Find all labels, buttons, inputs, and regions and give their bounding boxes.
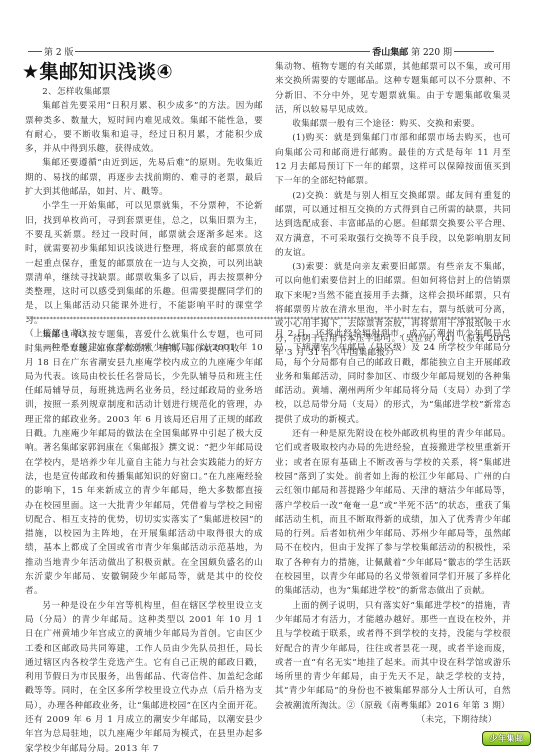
paragraph: 一种是直接建立在学校的青少年邮局。以 2001 年 10 月 18 日在广东省潮…	[25, 341, 263, 598]
publication-issue: 香山集邮 第 220 期	[370, 45, 454, 58]
article2-right-column: 月 2 日，还将此经验辐射到市，成立了潮州市少年邮局总局，下辖潮安少年邮局（县区…	[275, 327, 511, 727]
paragraph: 月 2 日，还将此经验辐射到市，成立了潮州市少年邮局总局，下辖潮安少年邮局（县区…	[275, 327, 511, 427]
paragraph: 集邮还要遵循“由近到远，先易后难”的原则。先收集近期的、易找的邮票，再逐步去找前…	[25, 156, 263, 199]
page-header: 第 2 版 香山集邮 第 220 期	[28, 44, 494, 58]
header-rule	[28, 51, 42, 52]
article-title: ★集邮知识浅谈④	[22, 60, 263, 84]
asterisk-divider: ****************************************…	[26, 316, 510, 324]
to-be-continued-note: （未完，下期待续）	[275, 713, 511, 727]
paragraph: 另一种是设在少年宫等机构里，但在辖区学校里设立支局（分局）的青少年邮局。这种类型…	[25, 599, 263, 756]
publication-name: 香山集邮	[372, 48, 408, 58]
paragraph: 集动物、植物专题的有关邮票，其他邮票可以不集，或可用来交换所需要的专题邮品。这种…	[275, 60, 511, 117]
header-rule	[75, 51, 370, 52]
continued-from-label: （上接第 1 版）	[25, 327, 263, 341]
paragraph: 收集邮票一般有三个途径：购买、交换和索要。	[275, 117, 511, 131]
edition-label: 第 2 版	[42, 45, 75, 58]
watermark-logo: 少年集邮	[482, 731, 531, 746]
paragraph: 上面的例子说明，只有落实好“集邮进学校”的措施，青少年邮局才有活力，才能越办越好…	[275, 599, 511, 713]
paragraph: (1)购买：就是到集邮门市部和邮票市场去购买，也可向集邮公司和邮商进行邮购。最佳…	[275, 131, 511, 188]
paragraph: (2)交换：就是与别人相互交换邮票。邮友间有重复的邮票，可以通过相互交换的方式得…	[275, 189, 511, 260]
article1-left-column: ★集邮知识浅谈④ 2、怎样收集邮票 集邮首先要采用“日积月累、积少成多”的方法。…	[25, 60, 263, 357]
paragraph: 还有一种是原先附设在校外邮政机构里的青少年邮局。它们或者吸取校内办局的先进经验，…	[275, 427, 511, 599]
section-heading: 2、怎样收集邮票	[25, 85, 263, 99]
article2-left-column: （上接第 1 版） 一种是直接建立在学校的青少年邮局。以 2001 年 10 月…	[25, 327, 263, 756]
paragraph: 小学生一开始集邮，可以见票就集，不分票种，不论新旧，找到单枚尚可，寻到套票更佳，…	[25, 199, 263, 328]
paragraph: 集邮首先要采用“日积月累、积少成多”的方法。因为邮票种类多、数量大，短时间内难见…	[25, 99, 263, 156]
header-rule	[454, 51, 494, 52]
issue-number: 第 220 期	[411, 48, 452, 58]
